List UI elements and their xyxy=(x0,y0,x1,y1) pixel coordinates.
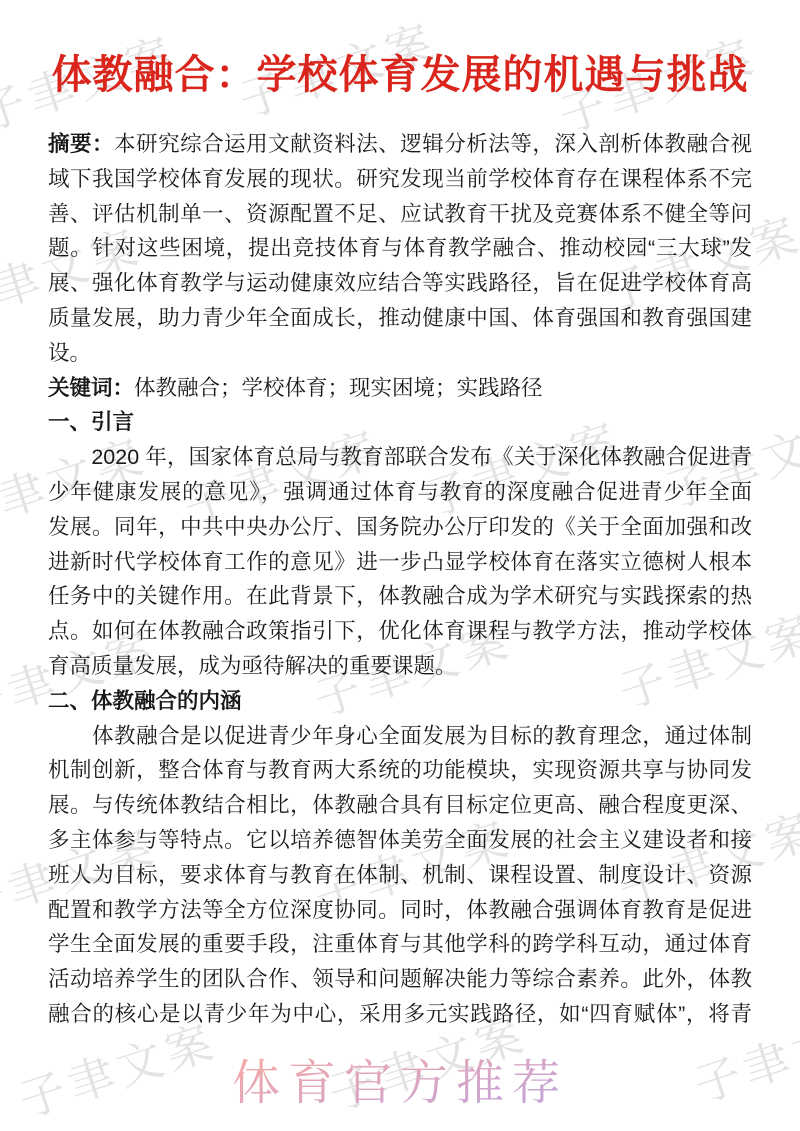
section2-line: 学生全面发展的重要手段，注重体育与其他学科的跨学科互动，通过体育 xyxy=(48,927,752,962)
section1-line: 点。如何在体教融合政策指引下，优化体育课程与教学方法，推动学校体 xyxy=(48,614,752,649)
abstract-label: 摘要： xyxy=(48,132,114,156)
section1-line: 少年健康发展的意见》，强调通过体育与教育的深度融合促进青少年全面 xyxy=(48,475,752,510)
document-page: 子聿文案 子聿文案 子聿文案 子聿文案 子聿文案 子聿文案 子聿文案 子聿文案 … xyxy=(0,0,800,1131)
section2-line: 融合的核心是以青少年为中心，采用多元实践路径，如“四育赋体”，将青 xyxy=(48,997,752,1032)
section1-line: 任务中的关键作用。在此背景下，体教融合成为学术研究与实践探索的热 xyxy=(48,579,752,614)
document-content: 体教融合：学校体育发展的机遇与挑战 摘要：本研究综合运用文献资料法、逻辑分析法等… xyxy=(0,46,800,1032)
abstract-line: 设。 xyxy=(48,336,752,371)
section2-line: 活动培养学生的团队合作、领导和问题解决能力等综合素养。此外，体教 xyxy=(48,962,752,997)
section2-line: 机制创新，整合体育与教育两大系统的功能模块，实现资源共享与协同发 xyxy=(48,753,752,788)
section2-line: 多主体参与等特点。它以培养德智体美劳全面发展的社会主义建设者和接 xyxy=(48,823,752,858)
keywords-text: 体教融合；学校体育；现实困境；实践路径 xyxy=(134,376,543,400)
abstract-line: 善、评估机制单一、资源配置不足、应试教育干扰及竞赛体系不健全等问 xyxy=(48,197,752,232)
section2-line: 体教融合是以促进青少年身心全面发展为目标的教育理念，通过体制 xyxy=(48,719,752,754)
section2-line: 班人为目标，要求体育与教育在体制、机制、课程设置、制度设计、资源 xyxy=(48,858,752,893)
section1-line: 2020 年，国家体育总局与教育部联合发布《关于深化体教融合促进青 xyxy=(48,440,752,475)
abstract-line: 域下我国学校体育发展的现状。研究发现当前学校体育存在课程体系不完 xyxy=(48,162,752,197)
keywords-line: 关键词：体教融合；学校体育；现实困境；实践路径 xyxy=(48,371,752,406)
abstract-line: 摘要：本研究综合运用文献资料法、逻辑分析法等，深入剖析体教融合视 xyxy=(48,127,752,162)
section1-heading: 一、引言 xyxy=(48,405,752,440)
keywords-label: 关键词： xyxy=(48,376,134,400)
section1-line: 进新时代学校体育工作的意见》进一步凸显学校体育在落实立德树人根本 xyxy=(48,545,752,580)
footer-promo-text: 体育官方推荐 xyxy=(0,1056,800,1112)
section2-line: 配置和教学方法等全方位深度协同。同时，体教融合强调体育教育是促进 xyxy=(48,893,752,928)
section1-line: 育高质量发展，成为亟待解决的重要课题。 xyxy=(48,649,752,684)
document-title: 体教融合：学校体育发展的机遇与挑战 xyxy=(48,46,752,104)
section2-line: 展。与传统体教结合相比，体教融合具有目标定位更高、融合程度更深、 xyxy=(48,788,752,823)
section2-heading: 二、体教融合的内涵 xyxy=(48,684,752,719)
section1-line: 发展。同年，中共中央办公厅、国务院办公厅印发的《关于全面加强和改 xyxy=(48,510,752,545)
abstract-line: 质量发展，助力青少年全面成长，推动健康中国、体育强国和教育强国建 xyxy=(48,301,752,336)
abstract-text: 本研究综合运用文献资料法、逻辑分析法等，深入剖析体教融合视 xyxy=(114,132,752,156)
abstract-line: 展、强化体育教学与运动健康效应结合等实践路径，旨在促进学校体育高 xyxy=(48,266,752,301)
abstract-line: 题。针对这些困境，提出竞技体育与体育教学融合、推动校园“三大球”发 xyxy=(48,231,752,266)
